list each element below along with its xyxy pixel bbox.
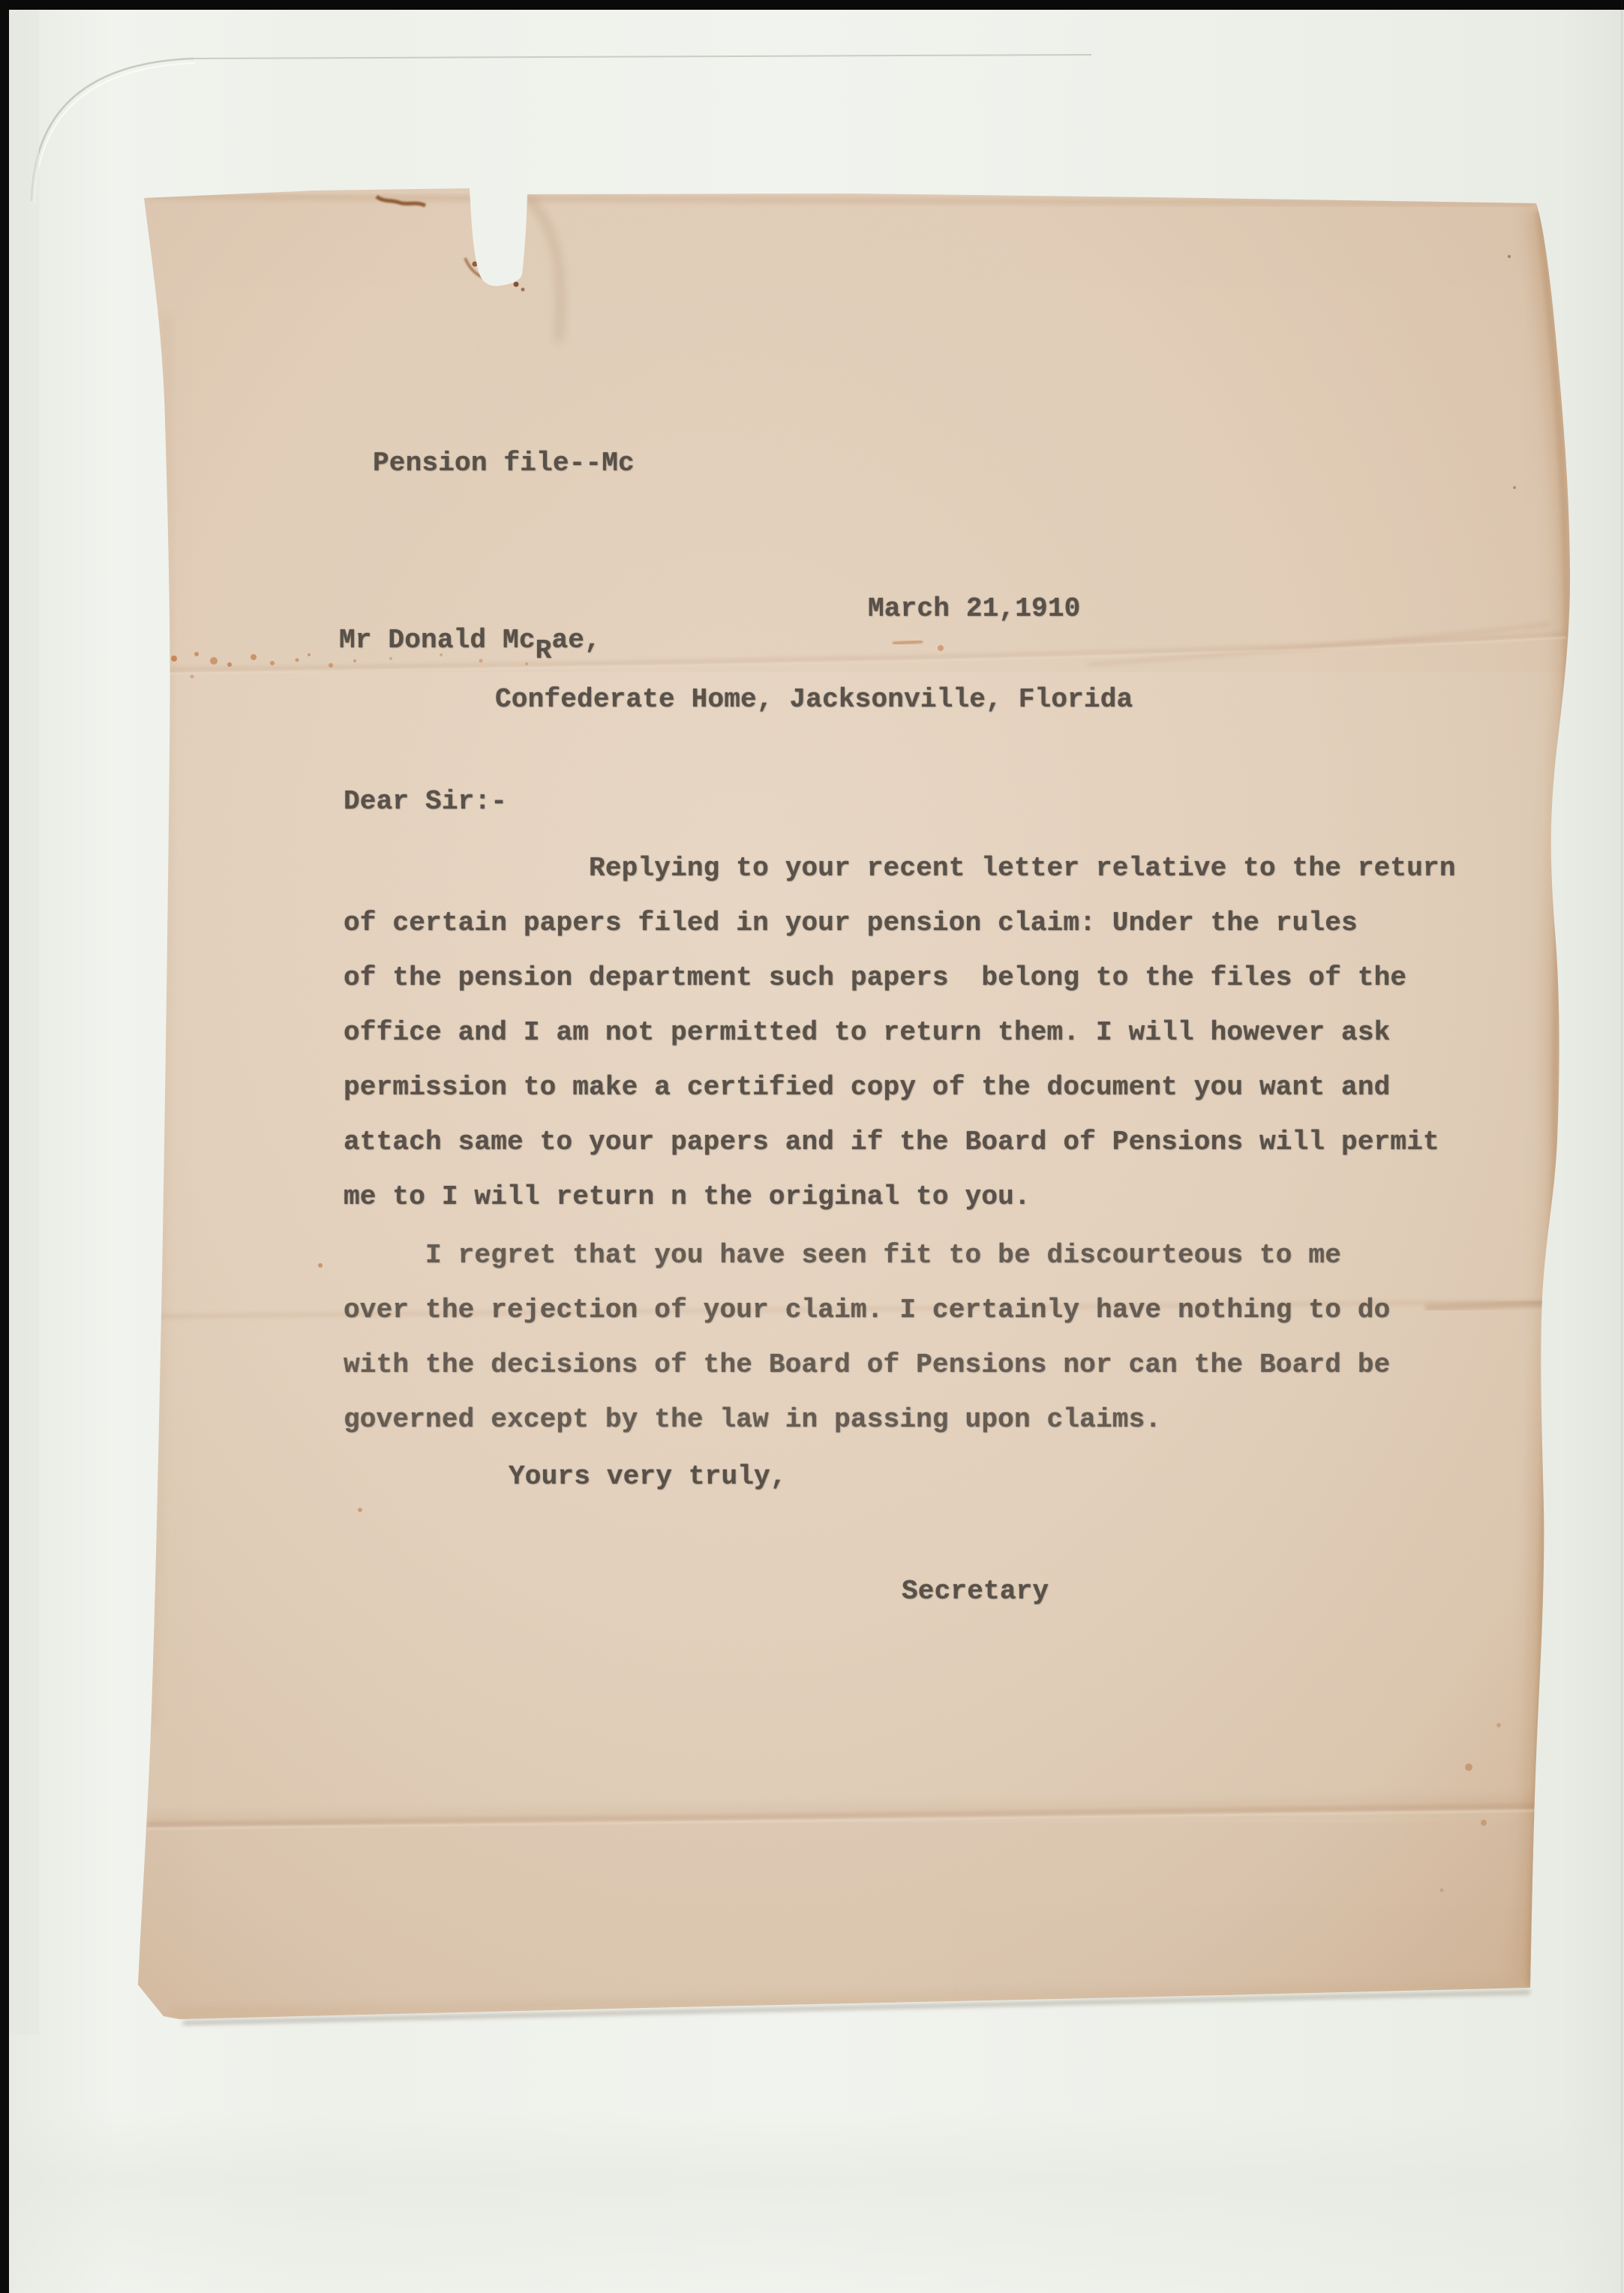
body-paragraph-1: Replying to your recent letter relative … bbox=[344, 841, 1456, 1224]
signature-title: Secretary bbox=[902, 1564, 1049, 1619]
scanner-frame-top-edge bbox=[0, 0, 1624, 10]
body-paragraph-2: I regret that you have seen fit to be di… bbox=[344, 1228, 1390, 1447]
recipient-name: Mr Donald McRae, bbox=[339, 613, 601, 668]
complimentary-close: Yours very truly, bbox=[509, 1449, 787, 1504]
recipient-address: Confederate Home, Jacksonville, Florida bbox=[495, 672, 1133, 727]
recipient-name-suffix: ae, bbox=[551, 625, 600, 656]
letter-content: Pension file--Mc March 21,1910 Mr Donald… bbox=[0, 0, 1624, 2293]
reference-line: Pension file--Mc bbox=[373, 436, 635, 491]
scan-right-hairline bbox=[1621, 0, 1622, 2293]
scanned-letter-page: Pension file--Mc March 21,1910 Mr Donald… bbox=[0, 0, 1624, 2293]
recipient-name-prefix: Mr Donald Mc bbox=[339, 625, 536, 656]
salutation: Dear Sir:- bbox=[344, 774, 507, 829]
scanner-frame-left-edge bbox=[0, 0, 9, 2293]
date-line: March 21,1910 bbox=[868, 581, 1080, 636]
recipient-name-subscript: R bbox=[536, 623, 552, 678]
